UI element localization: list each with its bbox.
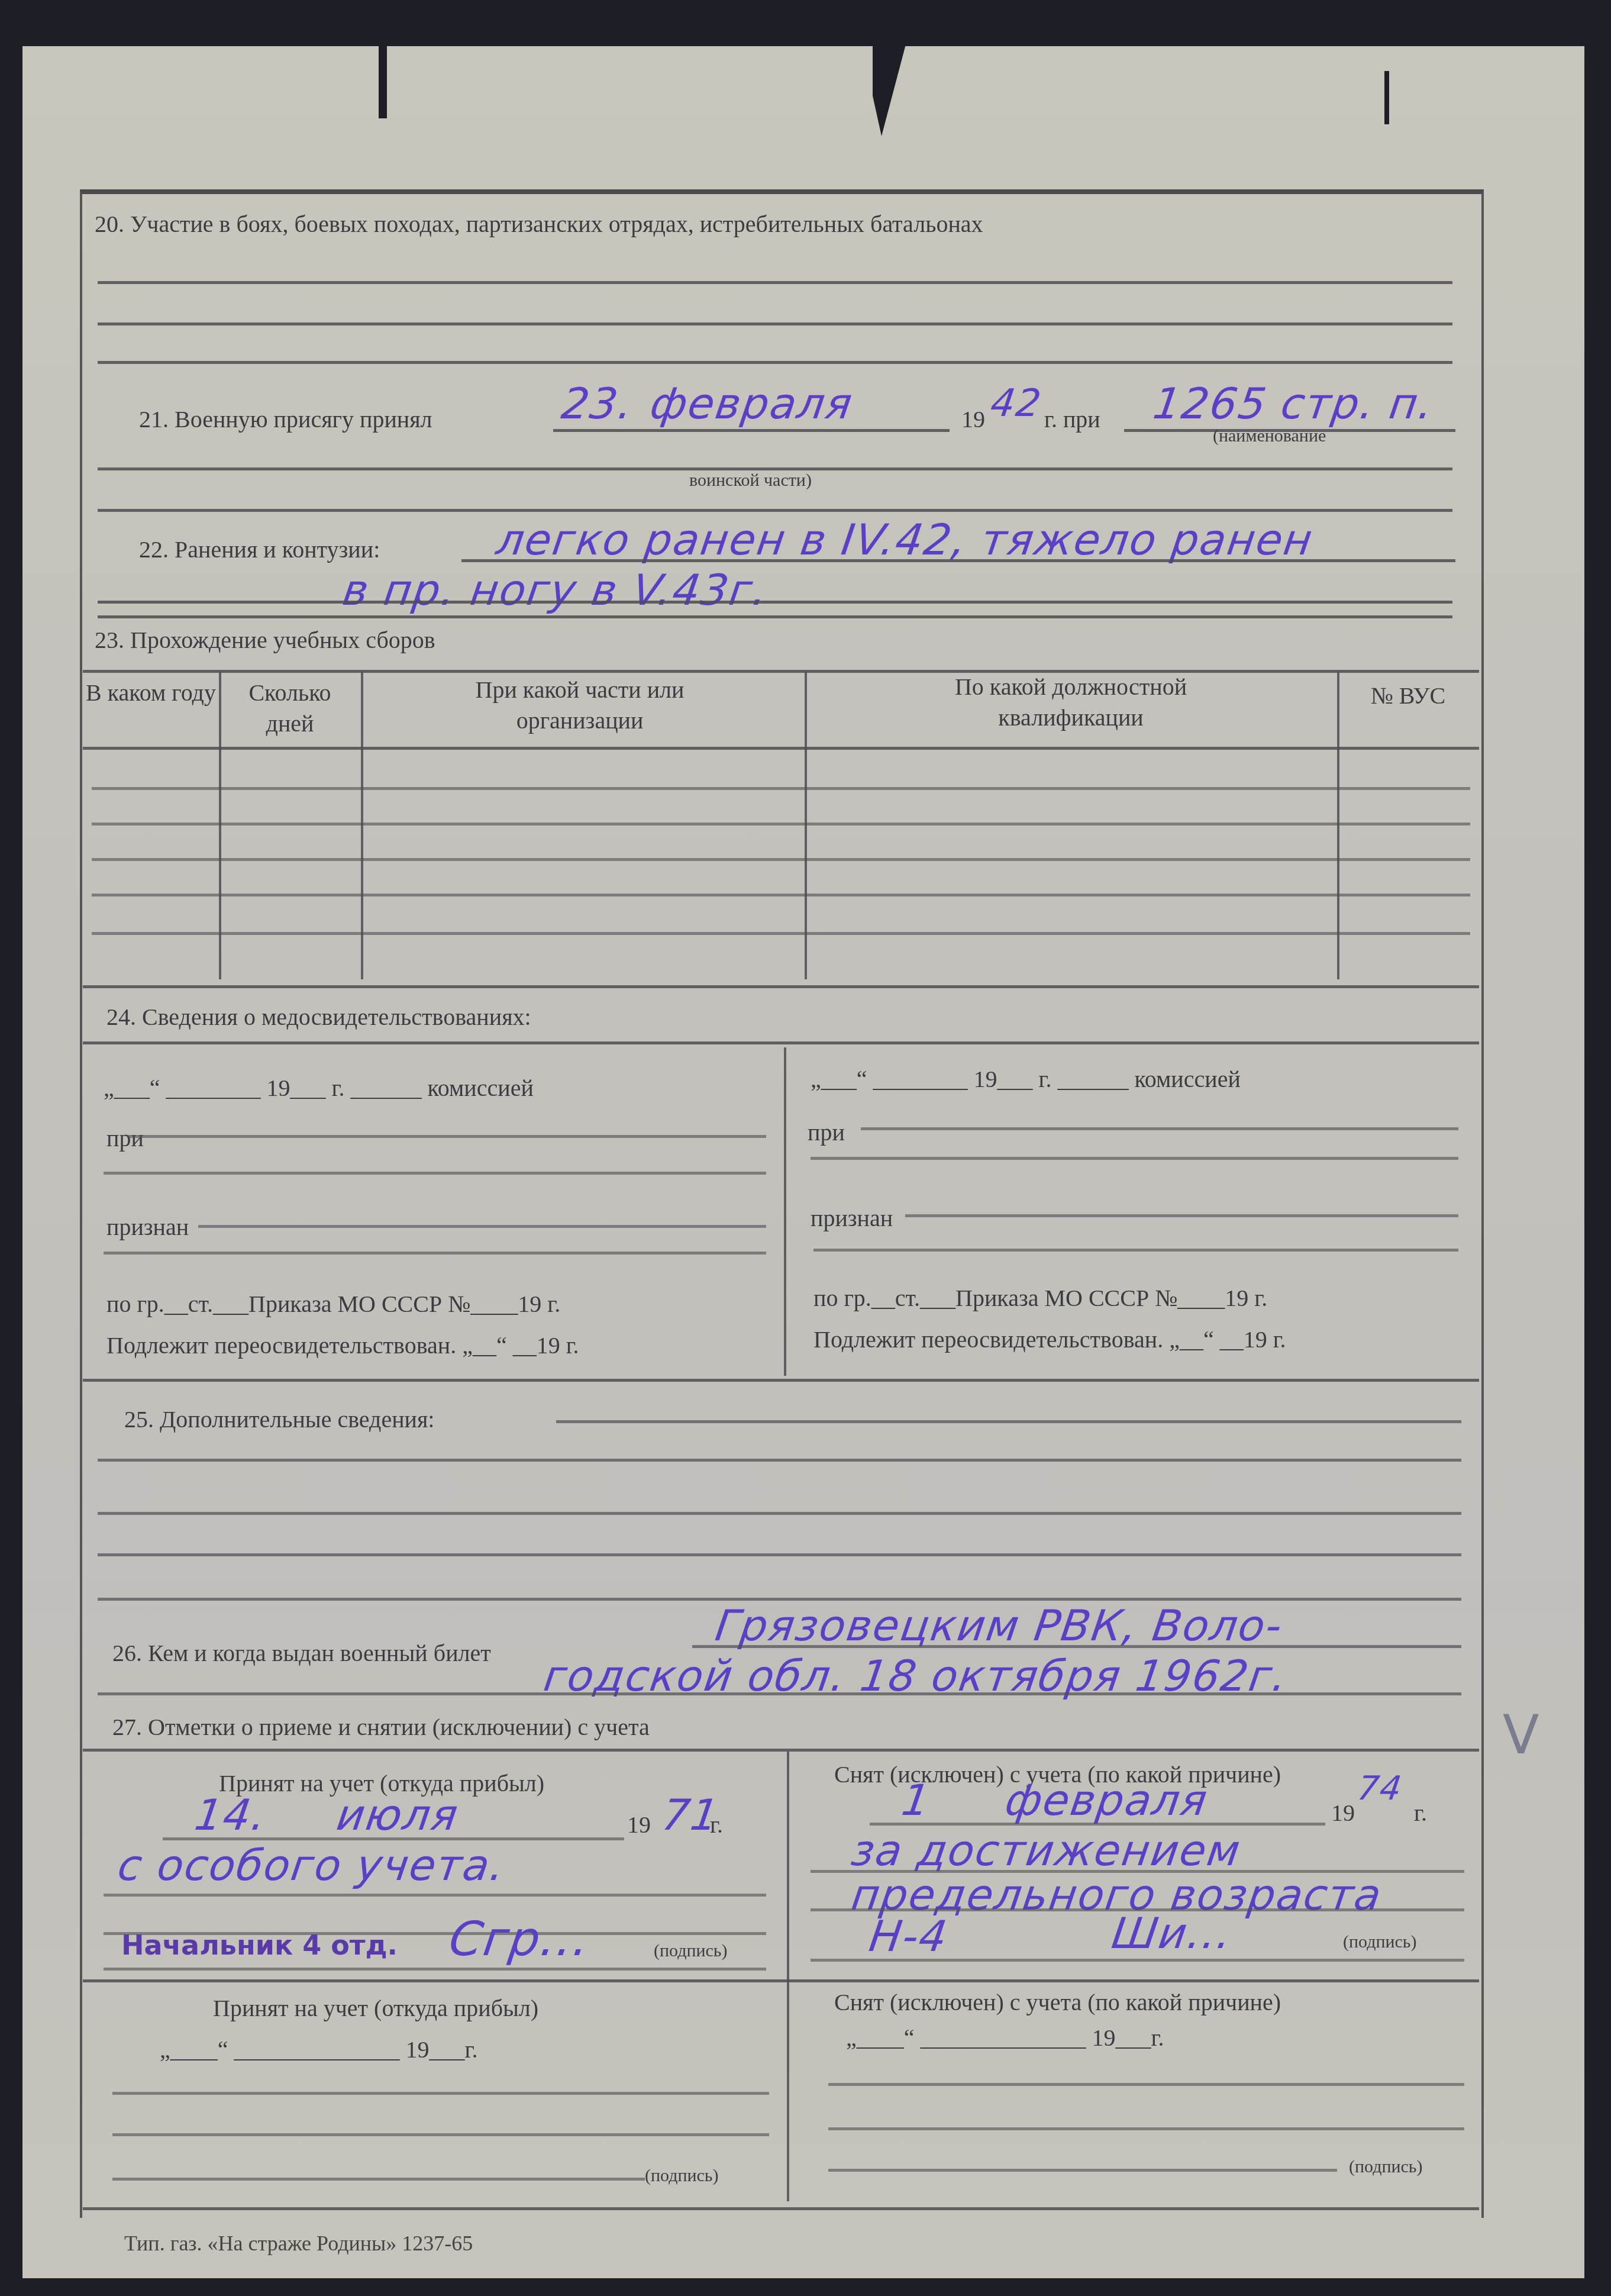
rule <box>98 323 1452 325</box>
paper-notch-right <box>1384 71 1389 124</box>
rule <box>828 2127 1464 2130</box>
accepted-month-1: июля <box>334 1790 462 1840</box>
med-right-pri: при <box>808 1118 845 1146</box>
issued-by-line-1: Грязовецким РВК, Воло- <box>712 1601 1286 1650</box>
table-row-rule <box>92 894 1470 897</box>
rule <box>553 429 950 432</box>
rule <box>98 1512 1461 1515</box>
rule <box>828 2083 1464 2086</box>
rule <box>461 559 1455 562</box>
med-left-priznan: признан <box>106 1213 189 1241</box>
signature-caption-2-left: (подпись) <box>645 2166 719 2186</box>
rule <box>127 1135 766 1138</box>
section-26-label: 26. Кем и когда выдан военный билет <box>112 1639 491 1667</box>
oath-month: февраля <box>647 379 856 428</box>
rule <box>104 1968 766 1971</box>
rule <box>861 1127 1458 1130</box>
section-22-label: 22. Ранения и контузии: <box>139 536 380 563</box>
rule <box>83 1749 1479 1752</box>
signature-caption-2-right: (подпись) <box>1349 2157 1423 2177</box>
rule <box>905 1214 1458 1217</box>
rule <box>556 1420 1461 1423</box>
table-header-days: Сколько дней <box>222 678 358 739</box>
table-header-qualification: По какой должностной квалификации <box>882 672 1260 733</box>
med-right-order: по гр.__ст.___Приказа МО СССР №____19 г. <box>813 1284 1267 1312</box>
med-left-recheck: Подлежит переосвидетельствован. „__“ __1… <box>106 1331 579 1359</box>
rule <box>112 2178 645 2181</box>
stamp-chief-4-dept: Начальник 4 отд. <box>121 1929 398 1961</box>
accepted-title-2: Принят на учет (откуда прибыл) <box>213 1994 538 2022</box>
wounds-line-2: в пр. ногу в V.43г. <box>340 565 771 615</box>
oath-year-prefix: 19 <box>961 405 985 433</box>
col-divider <box>787 1752 789 2201</box>
removed-title-2: Снят (исключен) с учета (по какой причин… <box>834 1988 1281 2016</box>
med-left-pri: при <box>106 1124 144 1152</box>
rule <box>98 615 1452 618</box>
rule <box>98 1692 1461 1695</box>
accepted-year-suffix-1: г. <box>710 1811 723 1839</box>
med-left-order: по гр.__ст.___Приказа МО СССР №____19 г. <box>106 1290 560 1318</box>
table-header-vus: № ВУС <box>1340 681 1476 711</box>
removed-reason-1: за достижением <box>848 1826 1244 1875</box>
caption-military-unit: воинской части) <box>689 470 812 491</box>
signature-accepted-1: Сгр... <box>445 1911 593 1966</box>
printer-imprint: Тип. газ. «На страже Родины» 1237-65 <box>124 2231 473 2256</box>
paper-torn-top-strip <box>22 0 1584 46</box>
section-23-label: 23. Прохождение учебных сборов <box>95 626 435 654</box>
paper-tear-left <box>379 36 387 118</box>
med-right-date-line: „___“ ________ 19___ г. ______ комиссией <box>811 1065 1241 1093</box>
signature-caption-1-left: (подпись) <box>654 1941 728 1961</box>
table-header-unit: При какой части или организации <box>414 675 745 736</box>
table-row-rule <box>92 823 1470 825</box>
oath-day: 23. <box>558 379 637 428</box>
rule <box>811 1157 1458 1160</box>
accepted-date-line-2: „____“ ______________ 19___г. <box>160 2036 477 2063</box>
rule <box>104 1172 766 1175</box>
wounds-line-1: легко ранен в IV.42, тяжело ранен <box>493 515 1316 565</box>
col-divider <box>784 1047 786 1376</box>
rule <box>83 1041 1479 1044</box>
rule <box>98 1553 1461 1556</box>
rule <box>98 361 1452 364</box>
table-header-year: В каком году <box>86 678 216 708</box>
rule <box>83 1979 1479 1982</box>
rule <box>813 1249 1458 1252</box>
removed-date-line-2: „____“ ______________ 19___г. <box>846 2024 1164 2052</box>
signature-removed-1: Ши... <box>1109 1908 1235 1958</box>
removed-year-suffix-1: г. <box>1414 1799 1427 1827</box>
removed-note-1: Н-4 <box>866 1911 951 1961</box>
oath-year: 42 <box>988 382 1045 425</box>
section-27-label: 27. Отметки о приеме и снятии (исключени… <box>112 1713 650 1741</box>
section-24-label: 24. Сведения о медосвидетельствованиях: <box>106 1003 531 1031</box>
section-25-label: 25. Дополнительные сведения: <box>124 1405 434 1433</box>
table-row-rule <box>92 932 1470 935</box>
margin-checkmark: V <box>1503 1704 1539 1766</box>
rule <box>112 2133 769 2136</box>
rule <box>828 2169 1337 2172</box>
rule <box>692 1645 1461 1648</box>
med-right-recheck: Подлежит переосвидетельствован. „__“ __1… <box>813 1326 1286 1353</box>
form-bottom-rule <box>83 2207 1479 2210</box>
section-20-label: 20. Участие в боях, боевых походах, парт… <box>95 210 983 238</box>
table-row-rule <box>92 858 1470 861</box>
rule <box>811 1959 1464 1962</box>
rule <box>98 281 1452 284</box>
accepted-year-prefix-1: 19 <box>627 1811 651 1839</box>
removed-year-1: 74 <box>1355 1769 1405 1808</box>
table-row-rule <box>92 787 1470 790</box>
table-header-rule <box>83 747 1479 750</box>
rule <box>98 509 1452 512</box>
removed-year-prefix-1: 19 <box>1331 1799 1355 1827</box>
oath-unit: 1265 стр. п. <box>1150 379 1437 428</box>
rule <box>112 2092 769 2095</box>
signature-caption-1-right: (подпись) <box>1343 1932 1417 1952</box>
removed-month-1: февраля <box>1002 1775 1211 1825</box>
oath-year-suffix: г. при <box>1044 405 1100 433</box>
rule <box>98 601 1452 604</box>
table-top-rule <box>83 670 1479 673</box>
accepted-day-1: 14. <box>192 1790 270 1840</box>
caption-unit-name: (наименование <box>1213 426 1326 446</box>
med-right-priznan: признан <box>811 1204 893 1232</box>
rule <box>98 1459 1461 1462</box>
table-bottom-rule <box>83 985 1479 988</box>
accepted-from-1: с особого учета. <box>115 1840 509 1890</box>
rule <box>198 1225 766 1228</box>
rule <box>104 1894 766 1897</box>
rule <box>83 1379 1479 1382</box>
section-21-label: 21. Военную присягу принял <box>139 405 432 433</box>
med-left-date-line: „___“ ________ 19___ г. ______ комиссией <box>104 1074 534 1102</box>
rule <box>104 1252 766 1255</box>
